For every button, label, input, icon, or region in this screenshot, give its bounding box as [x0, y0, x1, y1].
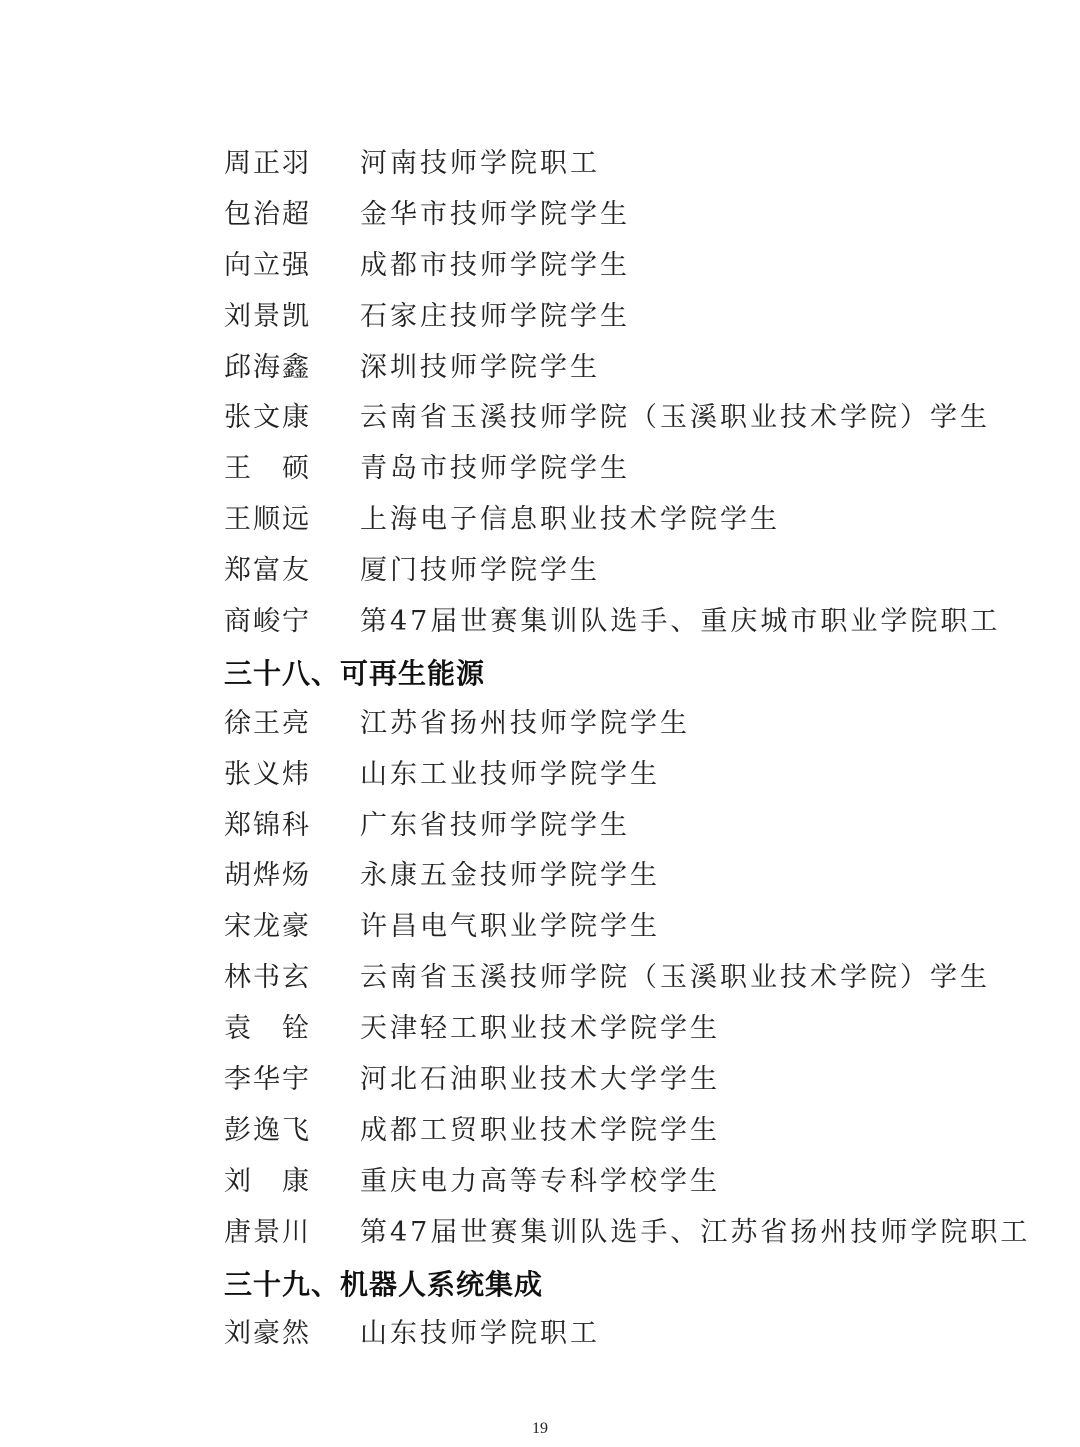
person-affiliation: 金华市技师学院学生: [360, 201, 630, 228]
person-affiliation: 河北石油职业技术大学学生: [360, 1066, 720, 1093]
person-affiliation: 第47届世赛集训队选手、江苏省扬州技师学院职工: [360, 1219, 1030, 1246]
page-number: 19: [0, 1420, 1080, 1438]
list-item: 袁 铨 天津轻工职业技术学院学生: [224, 1003, 984, 1054]
person-affiliation: 永康五金技师学院学生: [360, 862, 660, 889]
document-page: 周正羽 河南技师学院职工 包治超 金华市技师学院学生 向立强 成都市技师学院学生…: [0, 0, 1080, 1447]
person-affiliation: 河南技师学院职工: [360, 150, 600, 177]
list-item: 徐王亮 江苏省扬州技师学院学生: [224, 698, 984, 749]
person-name: 林书玄: [224, 964, 360, 991]
person-affiliation: 成都工贸职业技术学院学生: [360, 1117, 720, 1144]
list-item: 林书玄 云南省玉溪技师学院（玉溪职业技术学院）学生: [224, 952, 984, 1003]
list-item: 商峻宁 第47届世赛集训队选手、重庆城市职业学院职工: [224, 596, 984, 647]
list-item: 邱海鑫 深圳技师学院学生: [224, 342, 984, 393]
person-affiliation: 厦门技师学院学生: [360, 557, 600, 584]
person-name: 李华宇: [224, 1066, 360, 1093]
person-name: 邱海鑫: [224, 354, 360, 381]
list-item: 包治超 金华市技师学院学生: [224, 189, 984, 240]
list-item: 刘 康 重庆电力高等专科学校学生: [224, 1156, 984, 1207]
person-affiliation: 石家庄技师学院学生: [360, 303, 630, 330]
person-affiliation: 许昌电气职业学院学生: [360, 913, 660, 940]
person-name: 宋龙豪: [224, 913, 360, 940]
person-affiliation: 山东技师学院职工: [360, 1320, 600, 1347]
person-name: 包治超: [224, 201, 360, 228]
person-name: 袁 铨: [224, 1015, 360, 1042]
person-affiliation: 上海电子信息职业技术学院学生: [360, 506, 780, 533]
person-affiliation: 深圳技师学院学生: [360, 354, 600, 381]
person-affiliation: 成都市技师学院学生: [360, 252, 630, 279]
section-heading: 三十八、可再生能源: [224, 647, 984, 698]
person-name: 刘 康: [224, 1168, 360, 1195]
list-item: 张义炜 山东工业技师学院学生: [224, 749, 984, 800]
list-item: 王 硕 青岛市技师学院学生: [224, 443, 984, 494]
list-item: 刘景凯 石家庄技师学院学生: [224, 291, 984, 342]
person-name: 徐王亮: [224, 710, 360, 737]
list-item: 周正羽 河南技师学院职工: [224, 138, 984, 189]
person-name: 胡烨炀: [224, 862, 360, 889]
person-affiliation: 第47届世赛集训队选手、重庆城市职业学院职工: [360, 608, 1000, 635]
person-affiliation: 重庆电力高等专科学校学生: [360, 1168, 720, 1195]
person-affiliation: 云南省玉溪技师学院（玉溪职业技术学院）学生: [360, 404, 990, 431]
person-name: 刘景凯: [224, 303, 360, 330]
person-name: 向立强: [224, 252, 360, 279]
list-item: 胡烨炀 永康五金技师学院学生: [224, 850, 984, 901]
list-item: 向立强 成都市技师学院学生: [224, 240, 984, 291]
list-item: 彭逸飞 成都工贸职业技术学院学生: [224, 1105, 984, 1156]
person-affiliation: 山东工业技师学院学生: [360, 761, 660, 788]
list-item: 郑锦科 广东省技师学院学生: [224, 800, 984, 851]
person-name: 郑锦科: [224, 812, 360, 839]
list-item: 刘豪然 山东技师学院职工: [224, 1308, 984, 1359]
person-affiliation: 天津轻工职业技术学院学生: [360, 1015, 720, 1042]
person-name: 彭逸飞: [224, 1117, 360, 1144]
person-affiliation: 江苏省扬州技师学院学生: [360, 710, 690, 737]
list-item: 王顺远 上海电子信息职业技术学院学生: [224, 494, 984, 545]
person-name: 刘豪然: [224, 1320, 360, 1347]
list-item: 宋龙豪 许昌电气职业学院学生: [224, 901, 984, 952]
person-name: 郑富友: [224, 557, 360, 584]
list-item: 唐景川 第47届世赛集训队选手、江苏省扬州技师学院职工: [224, 1207, 984, 1258]
person-name: 王顺远: [224, 506, 360, 533]
person-name: 张文康: [224, 404, 360, 431]
person-affiliation: 广东省技师学院学生: [360, 812, 630, 839]
person-name: 周正羽: [224, 150, 360, 177]
person-affiliation: 青岛市技师学院学生: [360, 455, 630, 482]
person-name: 唐景川: [224, 1219, 360, 1246]
roster-list: 周正羽 河南技师学院职工 包治超 金华市技师学院学生 向立强 成都市技师学院学生…: [224, 138, 984, 1359]
person-affiliation: 云南省玉溪技师学院（玉溪职业技术学院）学生: [360, 964, 990, 991]
person-name: 王 硕: [224, 455, 360, 482]
list-item: 郑富友 厦门技师学院学生: [224, 545, 984, 596]
person-name: 张义炜: [224, 761, 360, 788]
list-item: 张文康 云南省玉溪技师学院（玉溪职业技术学院）学生: [224, 392, 984, 443]
person-name: 商峻宁: [224, 608, 360, 635]
section-heading: 三十九、机器人系统集成: [224, 1258, 984, 1309]
list-item: 李华宇 河北石油职业技术大学学生: [224, 1054, 984, 1105]
